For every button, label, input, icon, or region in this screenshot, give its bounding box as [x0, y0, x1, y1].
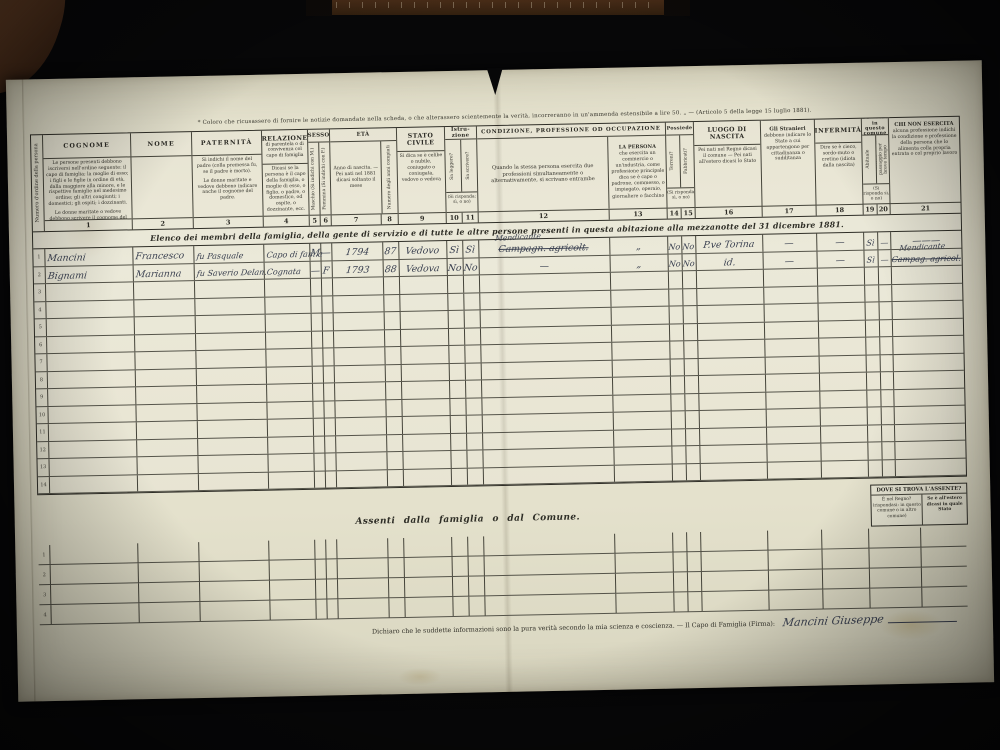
- cell-terreni: [671, 376, 685, 393]
- cell-anni-compiuti: [387, 417, 403, 434]
- cell-sesso-f: —: [321, 243, 332, 260]
- cell-sesso-m: [315, 471, 326, 488]
- cell-luogo-nascita: P.ve Torina: [696, 235, 763, 253]
- cell-sesso-f: [325, 418, 336, 435]
- cell-sa-leggere: [450, 398, 466, 415]
- hw-sesso-f: —: [321, 249, 331, 259]
- relazione-title: RELAZIONE di parentela o di convivenza c…: [262, 130, 308, 165]
- cell-paternita: [198, 420, 268, 438]
- cell-fabbricati: [687, 463, 701, 480]
- sesso-femmina-label: Femmina (Si indichi con F.): [322, 147, 328, 209]
- wood-strip-bottom: [328, 717, 662, 750]
- hw-paternita: fu Pasquale: [196, 252, 244, 261]
- cell-relazione: Cognata: [265, 261, 311, 278]
- cell-anni-compiuti: [385, 329, 401, 346]
- dimora-occasionale-label: Occasionale o di passaggio per breve tem…: [876, 136, 889, 182]
- cell-condizione: [481, 343, 612, 362]
- cell-sesso-m: [312, 314, 323, 331]
- stranieri-instructions: Gli Stranieri debbono indicare lo Stato …: [761, 120, 816, 206]
- cell-sesso-f: [322, 296, 333, 313]
- cell-infermita: [821, 425, 868, 442]
- ruler-ticks: [336, 2, 660, 8]
- infermita-title: INFERMITÀ: [815, 119, 861, 144]
- cell-numero: 4: [34, 302, 46, 319]
- col-num-1: 1: [45, 220, 132, 230]
- column-header-luogo-nascita: LUOGO DI NASCITA Pei nati nel Regno dica…: [694, 121, 763, 218]
- cell-condizione: [483, 448, 614, 467]
- cell-dimora-occasionale: [882, 442, 895, 459]
- cell-sesso-f: [325, 436, 336, 453]
- col-num-2: 2: [133, 219, 193, 228]
- column-header-nome: NOME 2: [131, 132, 194, 229]
- cell-la-persona: „: [610, 254, 668, 272]
- hw-stato: Vedovo: [405, 246, 440, 256]
- eta-title: ETÀ: [330, 128, 396, 142]
- cell-cognome: [49, 457, 137, 475]
- cell-condizione: —: [480, 255, 611, 274]
- eta-anni-label: Numero degli anni compiuti: [387, 145, 393, 209]
- relazione-instructions: Dicasi se la persona è il capo della fam…: [263, 164, 309, 216]
- hw-condizione-struck: Campagn. agricolt.: [498, 243, 589, 254]
- cell-dimora-occasionale: —: [878, 250, 891, 267]
- cell-sa-leggere: [449, 328, 465, 345]
- cell-stato-civile: [403, 416, 451, 433]
- cell-sa-scrivere: [466, 398, 482, 415]
- cell-paternita: [196, 332, 266, 350]
- col-num-5: 5: [310, 217, 320, 225]
- cell-paternita: [197, 385, 267, 403]
- stato-civile-instructions: Si dica se è celibe o nubile, coniugato …: [397, 151, 445, 213]
- cell-terreni: [672, 411, 686, 428]
- column-header-relazione: RELAZIONE di parentela o di convivenza c…: [262, 130, 310, 227]
- cell-paternita: fu Pasquale: [194, 245, 264, 263]
- cell-cognome: [47, 317, 135, 335]
- cell-terreni: [672, 429, 686, 446]
- hw-persona: „: [635, 242, 641, 251]
- cell-luogo-nascita: [699, 375, 766, 393]
- cell-la-persona: [614, 429, 672, 447]
- cell-anno-nascita: [333, 277, 384, 295]
- absent-location-box: DOVE SI TROVA L'ASSENTE? È nel Regno? (r…: [870, 483, 968, 527]
- cell-anni-compiuti: 88: [384, 259, 400, 276]
- cell-chi-non-esercita: [895, 441, 965, 459]
- cell-luogo-nascita: [700, 427, 767, 445]
- cell-anno-nascita: [335, 382, 386, 400]
- cell-stato-civile: [400, 294, 448, 311]
- cell-dimora-abituale: [869, 460, 883, 477]
- cell-condizione: [482, 395, 613, 414]
- hw-sesso-m: M: [310, 249, 321, 259]
- cell-stranieri: [765, 321, 819, 339]
- cell-sesso-m: [313, 401, 324, 418]
- cell-sa-leggere: [449, 311, 465, 328]
- cell-chi-non-esercita: [895, 423, 965, 441]
- cell-cognome: [49, 422, 137, 440]
- cell-sa-leggere: [448, 293, 464, 310]
- hw-stranieri: —: [784, 239, 794, 249]
- column-header-condizione: CONDIZIONE, PROFESSIONE OD OCCUPAZIONE Q…: [477, 123, 668, 223]
- cell-dimora-abituale: [865, 285, 879, 302]
- cell-infermita: [820, 355, 867, 372]
- cell-chi-non-esercita: [892, 266, 962, 284]
- column-header-stato-civile: STATO CIVILE Si dica se è celibe o nubil…: [397, 127, 447, 224]
- luogo-nascita-instructions: Pei nati nel Regno dicasi il comune — Pe…: [694, 145, 761, 207]
- cell-dimora-abituale: Sì: [864, 250, 878, 267]
- cell-numero: 8: [36, 372, 48, 389]
- hw-fabbricati: No: [682, 260, 695, 268]
- cell-sa-scrivere: [467, 433, 483, 450]
- cell-nome: [137, 439, 198, 457]
- hw-stato: Vedova: [405, 264, 440, 274]
- cell-sesso-m: [311, 279, 322, 296]
- cell-fabbricati: [683, 271, 697, 288]
- cell-nome: [136, 386, 197, 404]
- terreni-cell: Terreni?: [666, 135, 681, 187]
- col-num-17: 17: [763, 207, 816, 216]
- eta-anno-cell: Anno di nascita. — Pei nati nel 1881 dic…: [330, 141, 382, 214]
- cell-stranieri: [766, 391, 820, 409]
- cell-dimora-abituale: [868, 425, 882, 442]
- cell-paternita: [195, 297, 265, 315]
- cell-la-persona: [614, 447, 672, 465]
- column-header-eta: ETÀ Anno di nascita. — Pei nati nel 1881…: [330, 128, 399, 225]
- hw-scrive: Sì: [465, 246, 475, 256]
- cell-dimora-occasionale: [881, 372, 894, 389]
- cell-stranieri: [767, 426, 821, 444]
- absent-box-estero: Se è all'estero dicasi in quale Stato: [923, 494, 967, 525]
- cell-anni-compiuti: [386, 364, 402, 381]
- cell-paternita: [195, 280, 265, 298]
- cell-luogo-nascita: [697, 270, 764, 288]
- cell-nome: [135, 334, 196, 352]
- hw-condizione: —: [539, 262, 549, 272]
- cell-infermita: —: [817, 250, 864, 267]
- cell-stranieri: [767, 444, 821, 462]
- cell-anno-nascita: [335, 400, 386, 418]
- cell-sa-leggere: Sì: [447, 241, 463, 258]
- sa-leggere-cell: Sa leggere?: [445, 140, 462, 192]
- cell-relazione: [265, 296, 311, 313]
- cell-fabbricati: [684, 324, 698, 341]
- cell-numero: 12: [37, 442, 49, 459]
- cell-luogo-nascita: [700, 410, 767, 428]
- cell-sesso-m: [312, 349, 323, 366]
- hw-anni: 88: [384, 265, 397, 275]
- cell-sa-scrivere: [466, 363, 482, 380]
- col-num-14: 14: [668, 209, 681, 217]
- cell-sa-scrivere: [466, 380, 482, 397]
- cell-dimora-abituale: [866, 337, 880, 354]
- cell-fabbricati: No: [682, 254, 696, 271]
- cell-nome: Francesco: [133, 246, 194, 264]
- cell-fabbricati: [686, 428, 700, 445]
- cell-relazione: [268, 436, 314, 453]
- column-header-infermita: INFERMITÀ Dire se è cieco, sordo-muto o …: [815, 119, 864, 216]
- sesso-femmina-cell: Femmina (Si indichi con F.): [319, 142, 330, 214]
- cell-condizione: [483, 430, 614, 449]
- cell-dimora-occasionale: [879, 267, 892, 284]
- cell-anno-nascita: [336, 417, 387, 435]
- cell-stato-civile: [402, 381, 450, 398]
- cell-chi-non-esercita: [895, 406, 965, 424]
- cell-nome: [137, 456, 198, 474]
- cell-condizione: Mendicante Campagn. agricolt.: [479, 238, 610, 257]
- cell-cognome: [48, 387, 136, 405]
- cell-sesso-m: [314, 419, 325, 436]
- hw-condizione-corrected: Mendicante: [494, 231, 541, 243]
- ruler-end-tab-left: [306, 0, 332, 16]
- hw-nome: Francesco: [135, 252, 185, 262]
- cell-sesso-f: [325, 453, 336, 470]
- cell-sa-scrivere: [467, 415, 483, 432]
- col-num-20: 20: [877, 205, 890, 213]
- cell-chi-non-esercita: [894, 388, 964, 406]
- possiede-footnote: (Si risponda sì, o no): [667, 187, 694, 208]
- cell-dimora-occasionale: [881, 390, 894, 407]
- col-num-8: 8: [381, 215, 397, 223]
- cell-stato-civile: [400, 276, 448, 293]
- istruzione-footnote: (Si risponda: sì, o no): [446, 191, 477, 212]
- cell-numero: 14: [38, 477, 50, 494]
- column-header-stranieri: Gli Stranieri debbono indicare lo Stato …: [761, 120, 817, 217]
- cell-dimora-abituale: Sì: [864, 232, 878, 249]
- col-num-18: 18: [817, 206, 863, 215]
- cell-infermita: [821, 443, 868, 460]
- paternita-title: PATERNITÀ: [192, 131, 261, 156]
- hw-chi-corrected: Mendicante: [899, 241, 946, 253]
- cell-nome: [135, 351, 196, 369]
- hw-scrive: No: [463, 263, 478, 273]
- cell-terreni: [672, 446, 686, 463]
- cell-nome: [138, 474, 199, 492]
- eta-anni-cell: Numero degli anni compiuti: [381, 141, 397, 213]
- cell-la-persona: [613, 394, 671, 412]
- hw-sesso-m: —: [310, 266, 320, 276]
- cell-chi-non-esercita: [892, 283, 962, 301]
- stranieri-lead: Gli Stranieri: [769, 126, 805, 133]
- cell-sa-leggere: No: [448, 258, 464, 275]
- cell-terreni: [671, 394, 685, 411]
- cell-anni-compiuti: [386, 399, 402, 416]
- cell-anni-compiuti: 87: [383, 242, 399, 259]
- paternita-instructions: Si indichi il nome del padre (colla prem…: [192, 155, 262, 217]
- hw-anno: 1793: [345, 265, 370, 275]
- cell-sesso-m: [311, 296, 322, 313]
- signature: Mancini Giuseppe: [782, 612, 885, 629]
- cell-sesso-f: [326, 471, 337, 488]
- cell-chi-non-esercita: [893, 318, 963, 336]
- chi-non-esercita-instructions: CHI NON ESERCITA alcuna professione indi…: [889, 117, 961, 203]
- cell-numero: 2: [39, 565, 51, 585]
- sa-leggere-label: Sa leggere?: [450, 152, 455, 179]
- cell-anno-nascita: [333, 295, 384, 313]
- paternita-instr-1: Si indichi il nome del padre (colla prem…: [194, 157, 259, 176]
- cell-la-persona: [611, 289, 669, 307]
- wood-ruler-strip: [306, 0, 690, 15]
- col-num-10: 10: [447, 214, 462, 222]
- col-num-11: 11: [463, 213, 478, 221]
- hw-anni: 87: [384, 247, 397, 257]
- cell-dimora-occasionale: [883, 460, 896, 477]
- cell-paternita: [198, 437, 268, 455]
- cell-dimora-abituale: [866, 320, 880, 337]
- cell-relazione: [267, 401, 313, 418]
- cell-sesso-m: [314, 436, 325, 453]
- cell-dimora-abituale: [867, 390, 881, 407]
- cell-sa-leggere: [451, 416, 467, 433]
- hw-dimora-oc: —: [880, 256, 889, 264]
- cell-sesso-f: [324, 366, 335, 383]
- cell-la-persona: [614, 412, 672, 430]
- col-num-3: 3: [194, 218, 263, 227]
- cell-condizione: [480, 273, 611, 292]
- cell-anni-compiuti: [386, 382, 402, 399]
- hw-luogo: P.ve Torina: [703, 240, 755, 250]
- cell-stato-civile: [403, 433, 451, 450]
- cell-sesso-f: [323, 348, 334, 365]
- hw-luogo: id.: [723, 258, 736, 268]
- cell-relazione: Capo di fam.a: [264, 244, 310, 261]
- cell-terreni: [669, 271, 683, 288]
- cell-numero: 5: [35, 319, 47, 336]
- cell-anno-nascita: [336, 435, 387, 453]
- chi-non-esercita-rest: alcuna professione indichi la condizione…: [892, 128, 958, 158]
- cell-condizione: [481, 325, 612, 344]
- cell-condizione: [481, 308, 612, 327]
- cell-la-persona: [612, 324, 670, 342]
- cell-cognome: Mancini: [45, 247, 133, 265]
- dimora-abituale-cell: Abituale: [862, 135, 876, 183]
- cell-sesso-m: [313, 366, 324, 383]
- cell-relazione: [265, 279, 311, 296]
- la-persona-cell: LA PERSONAche esercita un commercio o un…: [608, 136, 666, 209]
- cell-numero: 1: [38, 545, 50, 565]
- cell-terreni: [669, 289, 683, 306]
- cell-sa-scrivere: [468, 468, 484, 485]
- cell-numero: 13: [37, 459, 49, 476]
- cell-anni-compiuti: [384, 294, 400, 311]
- cell-terreni: [670, 341, 684, 358]
- hw-infermita: —: [835, 256, 845, 266]
- cell-nome: [134, 281, 195, 299]
- terreni-label: Terreni?: [670, 152, 675, 171]
- cell-nome: [136, 369, 197, 387]
- cell-infermita: [819, 320, 866, 337]
- cell-stato-civile: [402, 399, 450, 416]
- cell-sesso-m: —: [311, 261, 322, 278]
- cell-relazione: [269, 471, 315, 488]
- column-header-possiede: Possiede Terreni? Fabbricati? (Si rispon…: [666, 122, 696, 219]
- cell-condizione: [480, 290, 611, 309]
- col-num-16: 16: [696, 208, 762, 217]
- cell-luogo-nascita: [698, 340, 765, 358]
- cell-paternita: fu Saverio Delan.: [195, 262, 265, 280]
- cell-anni-compiuti: [384, 277, 400, 294]
- census-table: Numero d'ordine della persona COGNOME Le…: [30, 116, 967, 496]
- column-header-paternita: PATERNITÀ Si indichi il nome del padre (…: [192, 131, 264, 228]
- cell-luogo-nascita: [699, 357, 766, 375]
- cell-infermita: [818, 285, 865, 302]
- cell-chi-non-esercita: [894, 371, 964, 389]
- col-num-9: 9: [399, 214, 446, 223]
- cell-luogo-nascita: [700, 445, 767, 463]
- cell-nome: [136, 404, 197, 422]
- paper-tear-notch: [487, 68, 504, 95]
- cell-fabbricati: [685, 376, 699, 393]
- column-header-istruzione: Istru-zione Sa leggere? Sa scrivere? (Si…: [445, 126, 479, 223]
- cell-cognome: [48, 405, 136, 423]
- cell-anno-nascita: [334, 347, 385, 365]
- cell-sa-leggere: [451, 451, 467, 468]
- cell-luogo-nascita: [697, 287, 764, 305]
- cell-dimora-abituale: [865, 267, 879, 284]
- cell-anni-compiuti: [385, 312, 401, 329]
- cell-la-persona: [611, 272, 669, 290]
- cell-stato-civile: [402, 364, 450, 381]
- hw-dimora-oc: —: [879, 239, 888, 247]
- cell-numero: 4: [39, 605, 51, 625]
- cell-numero: 11: [37, 424, 49, 441]
- cell-anno-nascita: [337, 470, 388, 488]
- signature-line: [888, 612, 957, 623]
- cell-stranieri: [766, 356, 820, 374]
- cell-sa-scrivere: No: [464, 258, 480, 275]
- cell-sa-scrivere: [467, 450, 483, 467]
- cell-stato-civile: [401, 329, 449, 346]
- cell-la-persona: [612, 307, 670, 325]
- cell-numero: 1: [33, 249, 45, 266]
- cell-anni-compiuti: [385, 347, 401, 364]
- cell-anno-nascita: [334, 312, 385, 330]
- hw-cognome: Bignami: [47, 271, 87, 281]
- cell-condizione: [482, 360, 613, 379]
- absent-heading: Assenti dalla famiglia o dal Comune.: [38, 506, 898, 533]
- cell-anno-nascita: [336, 452, 387, 470]
- cell-relazione: [268, 454, 314, 471]
- hw-terreni: No: [668, 243, 681, 251]
- cell-stato-civile: Vedovo: [399, 241, 447, 258]
- cell-dimora-occasionale: —: [878, 232, 891, 249]
- paternita-instr-2: Le donne maritate e vedove debbono indic…: [195, 177, 260, 202]
- dimora-occasionale-cell: Occasionale o di passaggio per breve tem…: [876, 135, 889, 183]
- cell-sesso-m: [314, 454, 325, 471]
- cell-anno-nascita: 1794: [332, 242, 383, 260]
- cell-relazione: [268, 419, 314, 436]
- cell-stranieri: [764, 269, 818, 287]
- paper-stain: [398, 667, 442, 686]
- cell-condizione: [483, 413, 614, 432]
- istruzione-title: Istru-zione: [445, 126, 476, 140]
- dimora-footnote: (Si risponda sì, o no): [863, 183, 889, 204]
- cell-dimora-occasionale: [879, 285, 892, 302]
- column-header-dimora: DIMORA in questo comune Abituale Occasio…: [862, 118, 891, 215]
- cell-luogo-nascita: [698, 322, 765, 340]
- relazione-sub: di parentela o di convivenza col capo di…: [263, 142, 306, 158]
- cell-sa-leggere: [450, 363, 466, 380]
- cognome-instr-1: Le persone presenti debbono iscriversi n…: [45, 159, 129, 208]
- hw-anno: 1794: [344, 248, 369, 258]
- hw-chi-struck: Campag. agricol.: [891, 255, 961, 264]
- cell-terreni: [670, 324, 684, 341]
- cell-terreni: [670, 306, 684, 323]
- cell-stato-civile: [401, 346, 449, 363]
- cell-paternita: [196, 350, 266, 368]
- hw-legge: No: [447, 263, 462, 273]
- cell-chi-non-esercita: [896, 458, 966, 476]
- cell-stato-civile: [404, 468, 452, 485]
- cell-fabbricati: No: [682, 236, 696, 253]
- cell-stranieri: [765, 304, 819, 322]
